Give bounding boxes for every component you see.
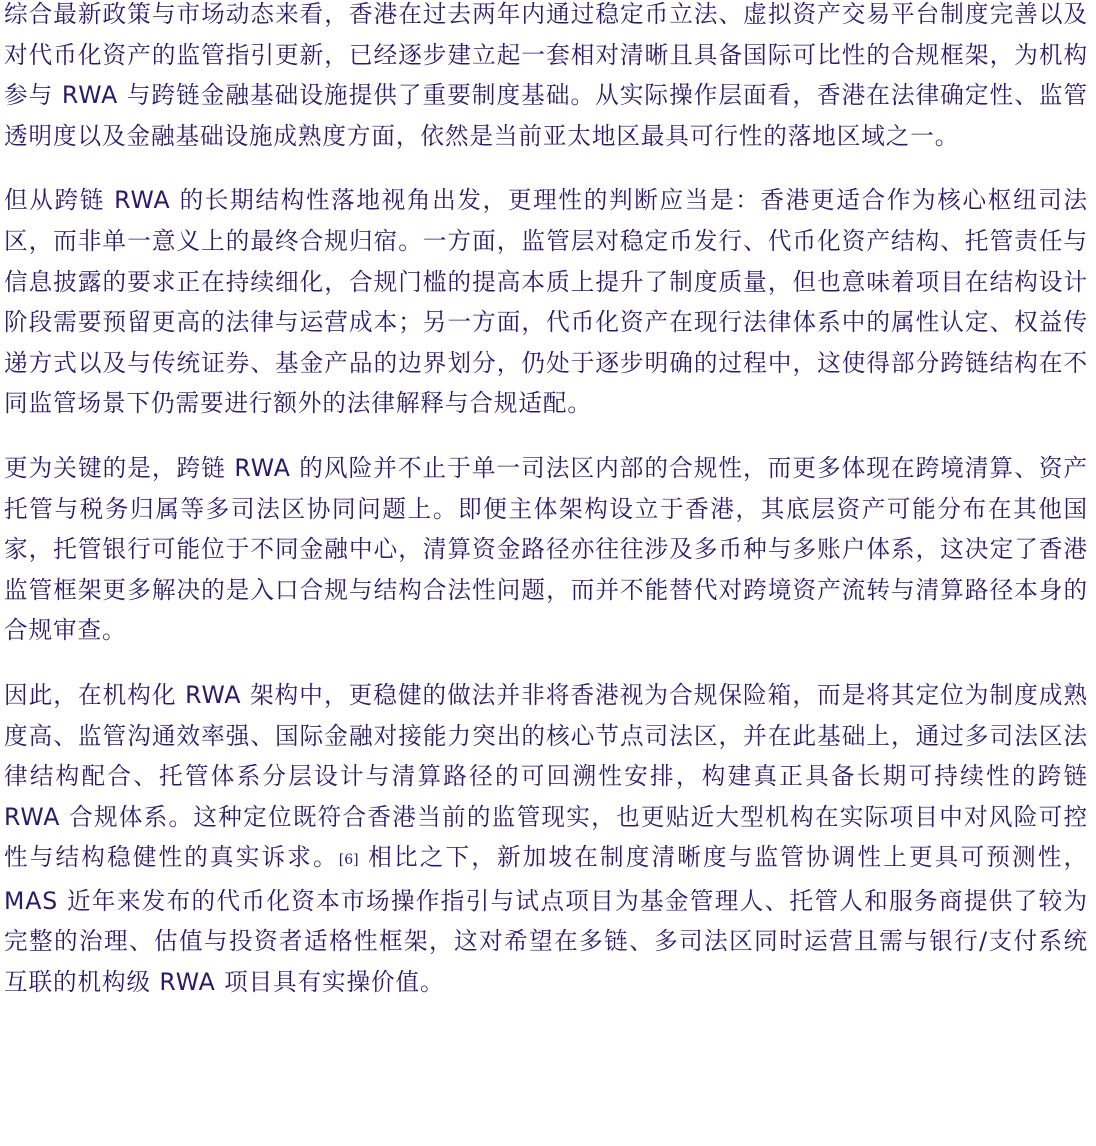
paragraph-conclusion: 因此，在机构化 RWA 架构中，更稳健的做法并非将香港视为合规保险箱，而是将其定… [4, 675, 1088, 1003]
footnote-reference-link[interactable]: [6] [339, 852, 359, 868]
paragraph-hub-jurisdiction: 但从跨链 RWA 的长期结构性落地视角出发，更理性的判断应当是：香港更适合作为核… [4, 180, 1088, 424]
article-body: 综合最新政策与市场动态来看，香港在过去两年内通过稳定币立法、虚拟资产交易平台制度… [0, 0, 1094, 1003]
paragraph-cross-border-risk: 更为关键的是，跨链 RWA 的风险并不止于单一司法区内部的合规性，而更多体现在跨… [4, 448, 1088, 651]
paragraph-hk-overview: 综合最新政策与市场动态来看，香港在过去两年内通过稳定币立法、虚拟资产交易平台制度… [4, 0, 1088, 156]
